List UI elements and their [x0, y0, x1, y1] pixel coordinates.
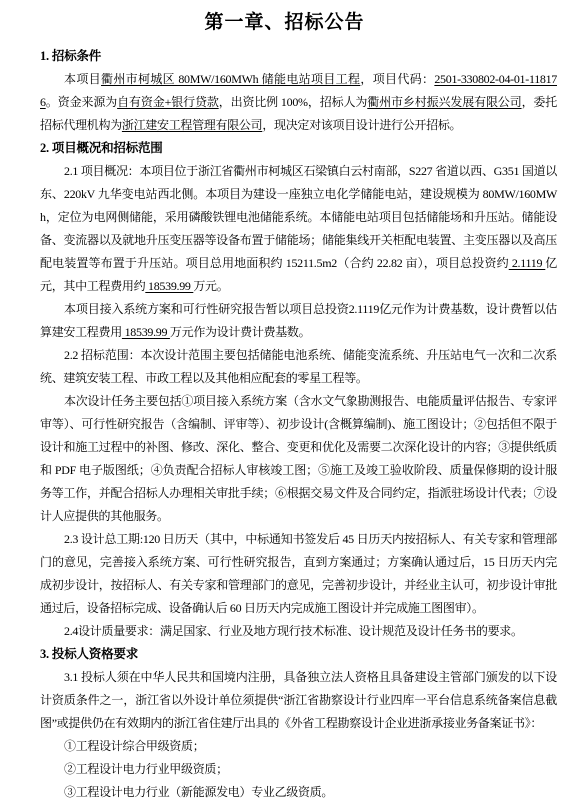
document-body: 1. 招标条件本项目衢州市柯城区 80MW/160MWh 储能电站项目工程，项目…	[40, 45, 557, 804]
underlined-text: 衢州市乡村振兴发展有限公司	[367, 95, 521, 109]
text-run: 2.4设计质量要求：满足国家、行业及地方现行技术标准、设计规范及设计任务书的要求…	[64, 624, 523, 638]
text-run: ②工程设计电力行业甲级资质；	[64, 762, 228, 776]
text-run: 2.1 项目概况：本项目位于浙江省衢州市柯城区石梁镇白云村南部，S227 省道以…	[40, 164, 557, 270]
underlined-text: 自有资金+银行贷款	[117, 95, 219, 109]
section-heading: 2. 项目概况和招标范围	[40, 137, 557, 160]
underlined-text: 浙江建安工程管理有限公司	[122, 118, 262, 132]
paragraph: 本次设计任务主要包括①项目接入系统方案（含水文气象勘测报告、电能质量评估报告、专…	[40, 390, 557, 528]
text-run: 2.3 设计总工期:120 日历天（其中，中标通知书签发后 45 日历天内按招标…	[40, 532, 557, 615]
text-run: ，项目代码：	[360, 72, 434, 86]
text-run: 万元。	[193, 279, 228, 293]
paragraph: ②工程设计电力行业甲级资质；	[40, 758, 557, 781]
paragraph: 2.2 招标范围：本次设计范围主要包括储能电池系统、储能变流系统、升压站电气一次…	[40, 344, 557, 390]
paragraph: 2.1 项目概况：本项目位于浙江省衢州市柯城区石梁镇白云村南部，S227 省道以…	[40, 160, 557, 298]
paragraph: ①工程设计综合甲级资质；	[40, 735, 557, 758]
document-page: 第一章、招标公告 1. 招标条件本项目衢州市柯城区 80MW/160MWh 储能…	[0, 0, 569, 805]
paragraph: 2.4设计质量要求：满足国家、行业及地方现行技术标准、设计规范及设计任务书的要求…	[40, 620, 557, 643]
paragraph: ③工程设计电力行业（新能源发电）专业乙级资质。	[40, 781, 557, 804]
text-run: ①工程设计综合甲级资质；	[64, 739, 204, 753]
paragraph: 本项目接入系统方案和可行性研究报告暂以项目总投资2.1119亿元作为计费基数，设…	[40, 298, 557, 344]
text-run: ，现决定对该项目设计进行公开招标。	[262, 118, 461, 132]
text-run: 。资金来源为	[46, 95, 117, 109]
underlined-text: 18539.99	[122, 325, 170, 339]
section-heading: 1. 招标条件	[40, 45, 557, 68]
paragraph: 2.3 设计总工期:120 日历天（其中，中标通知书签发后 45 日历天内按招标…	[40, 528, 557, 620]
underlined-text: 18539.99	[145, 279, 193, 293]
text-run: 万元作为设计费计费基数。	[170, 325, 310, 339]
underlined-text: 衢州市柯城区 80MW/160MWh 储能电站项目工程	[101, 72, 360, 86]
underlined-text: 2.1119	[509, 256, 546, 270]
paragraph: 本项目衢州市柯城区 80MW/160MWh 储能电站项目工程，项目代码：2501…	[40, 68, 557, 137]
text-run: 2.2 招标范围：本次设计范围主要包括储能电池系统、储能变流系统、升压站电气一次…	[40, 348, 557, 385]
paragraph: 3.1 投标人须在中华人民共和国境内注册，具备独立法人资格且具备建设主管部门颁发…	[40, 666, 557, 735]
page-title: 第一章、招标公告	[0, 10, 569, 36]
text-run: 本项目	[64, 72, 101, 86]
text-run: ③工程设计电力行业（新能源发电）专业乙级资质。	[64, 785, 333, 799]
section-heading: 3. 投标人资格要求	[40, 643, 557, 666]
text-run: 本次设计任务主要包括①项目接入系统方案（含水文气象勘测报告、电能质量评估报告、专…	[40, 394, 557, 523]
text-run: ，出资比例 100%，招标人为	[219, 95, 368, 109]
text-run: 3.1 投标人须在中华人民共和国境内注册，具备独立法人资格且具备建设主管部门颁发…	[40, 670, 557, 730]
